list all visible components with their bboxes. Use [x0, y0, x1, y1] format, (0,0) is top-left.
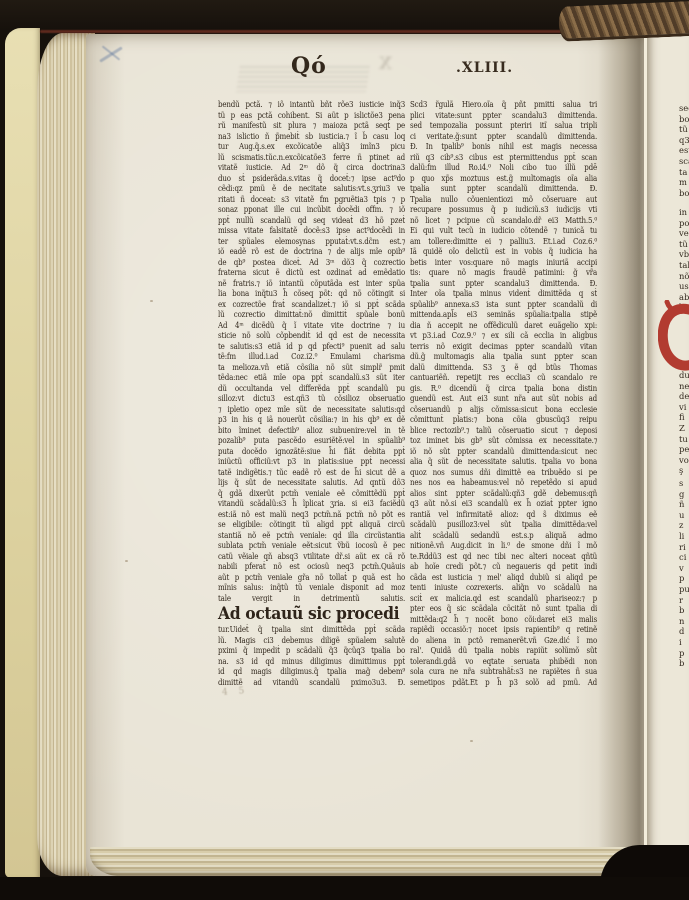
- text-fragment: v: [679, 563, 689, 574]
- text-fragment: in: [679, 207, 689, 218]
- background: [0, 877, 689, 900]
- text-line: q̃ gdã dixerũt pctm̃ veniale eẽ cõmittẽd…: [218, 488, 405, 499]
- text-line: stantiã nõ eẽ pctm̃ veniale: qd illa cir…: [218, 530, 405, 541]
- text-line: sola cura ne nr̃a subtrahãt́:s3 ne rapiẽ…: [410, 666, 597, 677]
- text-fragment: li: [679, 531, 689, 542]
- text-line: dalũ:fm illud Ro.i4.⁰ Noli cibo tuo illũ…: [410, 162, 597, 173]
- section-heading: Ad octauũ sic procedi: [218, 603, 405, 624]
- text-line: na3 islictio ñ p̃mebit́ sb iusticia.⁊ ĩ …: [218, 131, 405, 142]
- text-line: alios sint ppter scãdalũ:qñ3 gdẽ debemus…: [410, 488, 597, 499]
- text-line: gis. R.⁰ dicendũ q̃ circa tpalia bona di…: [410, 383, 597, 394]
- text-line: sed tempozalia possunt pteriri itĩ salua…: [410, 120, 597, 131]
- text-fragment: sca: [679, 156, 689, 167]
- text-line: nabili pferat́ nõ est ociosũ neq3 pctm̃.…: [218, 561, 405, 572]
- text-fragment: de: [679, 391, 689, 402]
- text-fragment: vo: [679, 455, 689, 466]
- text-line: pter eos q̃ sic scãdala cõcitãt nõ sunt …: [410, 603, 597, 614]
- text-fragment: p: [679, 648, 689, 659]
- text-line: p3 in his q iã nouerũt cõsilia:⁊ in his …: [218, 414, 405, 425]
- text-line: puta docẽdo ignozãtẽ:siue h̃i fiãt debit…: [218, 446, 405, 457]
- text-line: pximi q̃ impedit́ p scãdalũ q̃3 q̃cũq3 t…: [218, 645, 405, 656]
- text-line: tale vergit in detrimentũ salutis.: [218, 593, 405, 604]
- text-fragment: r: [679, 595, 689, 606]
- text-line: catũ vẽiale qñ absq3 vtilitate dr̃.si aũ…: [218, 551, 405, 562]
- text-fragment: ş: [679, 465, 689, 476]
- text-line: Iã quidẽ oĩo delictũ est in vobis q̃ iud…: [410, 246, 597, 257]
- text-line: vt p3.i.ad Coz.9.⁰ ⁊ ex sili cã ecclia i…: [410, 330, 597, 341]
- text-line: sticie nõ solũ cõpbendit́ id qd est de n…: [218, 330, 405, 341]
- text-fragment: vi: [679, 402, 689, 413]
- text-line: tenti iniuste cozrexeris. aliq̃n vo scãd…: [410, 582, 597, 593]
- text-fragment: pe: [679, 444, 689, 455]
- text-line: blice rectozib⁹.⁊ taliũ cõseruatio sicut…: [410, 425, 597, 436]
- text-line: lũ cozrectio dimittat́:nõ dimittit́ spũa…: [218, 309, 405, 320]
- text-fragment: tu: [679, 434, 689, 445]
- folio-number: .XLIII.: [456, 60, 513, 76]
- text-line: alit́ scãdalũ sedandũ est.s.p aliquã adm…: [410, 530, 597, 541]
- text-line: mittẽda:q2 h̃ ⁊ nocẽt bono cõi:daret́ ei…: [410, 614, 597, 625]
- text-line: Ei qui vult tecũ in iudicio cõtendẽ ⁊ tu…: [410, 225, 597, 236]
- text-line: vitandũ scãdalũ:s3 h̃ ĩplicat ʒria. si e…: [218, 498, 405, 509]
- text-line: guendũ est. Aut ei3 sunt nr̃a aut sũt no…: [410, 393, 597, 404]
- text-line: Ad 4ᵐ dicẽdũ q̃ ĩ vitate vite doctrine ⁊…: [218, 320, 405, 331]
- text-fragment: b: [679, 605, 689, 616]
- text-line: nitionẽ.vñ Aug.dicit in li.⁰ de smone dñ…: [410, 540, 597, 551]
- text-line: te salutis:s3 etiã id p qd pfecti⁹ pueni…: [218, 341, 405, 352]
- text-line: lũ. Magis ci3 debemus diligẽ spũalem sal…: [218, 635, 405, 646]
- text-line: nẽ fratris.⁊ iõ intantũ cõputãda est int…: [218, 278, 405, 289]
- text-line: cãda est iusticia ⁊ mel' aliqd dubiũ si …: [410, 572, 597, 583]
- text-fragment: d: [679, 626, 689, 637]
- text-fragment: ve: [679, 228, 689, 239]
- text-line: q3 aũt nõ.si ei3 scandalũ ex h̃ oziat́ p…: [410, 498, 597, 509]
- text-fragment: sed: [679, 103, 689, 114]
- text-line: aũt p pctm̃ veniale gr̃a nõ tollat́ p qu…: [218, 572, 405, 583]
- text-line: toz iminet bis gb⁹ sũt cõmissa ex necess…: [410, 435, 597, 446]
- next-page-edge: sedbotũq3estscatambo inpovetũvbtalnõusab…: [644, 27, 689, 877]
- text-fragment: vb: [679, 249, 689, 260]
- text-line: scãdalũ pusilloz3:vel sũt tpalia dimittẽ…: [410, 519, 597, 530]
- text-line: ci veritate.g̃:sunt ppter scandalũ dimit…: [410, 131, 597, 142]
- text-fragment: i: [679, 637, 689, 648]
- text-fragment: m: [679, 177, 689, 188]
- pencil-mark: [96, 42, 126, 68]
- text-line: ex cozrectõe frat́ scandalizet́.⁊ iõ si …: [218, 299, 405, 310]
- text-line: terris nõ exigit decimas ppter scandalũ …: [410, 341, 597, 352]
- paper-speck: [150, 300, 153, 302]
- text-line: ter spũales elemosynas pputat́:vt.s.dc̃m…: [218, 236, 405, 247]
- text-fragment: du: [679, 370, 689, 381]
- text-line: spũalib⁹ annexa.s3 ista sunt ppter scand…: [410, 299, 597, 310]
- text-fragment: q3: [679, 135, 689, 146]
- text-line: Tpalia nullo cõuenientiozi mõ cõseruare …: [410, 194, 597, 205]
- text-line: tur Aug.q̃.s.ex excõicatõe aliq̃3 imĩn3 …: [218, 141, 405, 152]
- book-photo: X Qó .XLIII. bendũ pctã. ⁊ iõ intantũ bñ…: [0, 0, 689, 900]
- text-fragment: est: [679, 145, 689, 156]
- text-line: bito ĩminet defectib⁹ alioz subuenire:ve…: [218, 425, 405, 436]
- text-fragment: ri: [679, 542, 689, 553]
- text-fragment: p: [679, 573, 689, 584]
- text-line: id qd magis diligimus.q̃ tpalia mag̃ deb…: [218, 666, 405, 677]
- showthrough-ghost: X: [332, 54, 392, 76]
- text-line: nes nos ea habeamus:vel nõ repetẽdo si a…: [410, 477, 597, 488]
- text-line: ral'. Quidã dũ tpalia nobis rapiũt solũm…: [410, 645, 597, 656]
- text-line: semetipos pdãt.Et p h̃ p3 solõ ad pmũ. A…: [410, 677, 597, 688]
- text-lines: bendũ pctã. ⁊ iõ intantũ bñt rõe3 iustic…: [218, 99, 408, 603]
- rubricated-initial: [658, 300, 689, 372]
- text-fragment: nõ: [679, 271, 689, 282]
- text-line: Đ. In tpalib⁹ bonis nihil est magis nece…: [410, 141, 597, 152]
- text-line: tẽ:fm illud.i.ad Coz.i2.⁰ Emulami charis…: [218, 351, 405, 362]
- text-line: tũ p eas pctã cohibent. Si aũt p islictõ…: [218, 110, 405, 121]
- text-line: iniũctũ officiũ:vt p3 in platis:siue ppt…: [218, 456, 405, 467]
- text-line: ta melioza.vñ etiã cõsilia nõ sũt simplr…: [218, 362, 405, 373]
- text-line: tolerandi.gdã vo eqtate seruata phibẽdi …: [410, 656, 597, 667]
- text-fragment: bo: [679, 188, 689, 199]
- text-line: mittenda.apl̃s ei3 seminãs spũalia:tpali…: [410, 309, 597, 320]
- text-line: Inter oĩa tpalia minus vident́ dimittẽda…: [410, 288, 597, 299]
- text-column-right: Scd3 r̃gulã Hiero.oĩa q̃ pñt pmitti salu…: [410, 99, 600, 687]
- text-line: Scd3 r̃gulã Hiero.oĩa q̃ pñt pmitti salu…: [410, 99, 597, 110]
- text-line: sublata pctm̃ veniale eẽt:sicut ṽbũ ioco…: [218, 540, 405, 551]
- text-line: lijs q̃ sũt de necessitate salutis. Ad q…: [218, 477, 405, 488]
- text-fragment: g: [679, 489, 689, 500]
- text-fragment: Z: [679, 423, 689, 434]
- book-cover-edge: [5, 28, 40, 878]
- text-line: cẽdi:qz pmũ ẽ de necitate salutis:vt.s.ʒ…: [218, 183, 405, 194]
- text-fragment: ci: [679, 552, 689, 563]
- text-line: tpalia sunt ppter scandalu3 dimittenda. …: [410, 278, 597, 289]
- edge-text-fragments: dunedevifiZtupevoş: [679, 370, 689, 476]
- text-fragment: bo: [679, 114, 689, 125]
- text-line: vitatẽ iusticie. Ad 2ᵐ dõ q̃ circa doctr…: [218, 162, 405, 173]
- text-fragment: ñ: [679, 499, 689, 510]
- text-lines: Scd3 r̃gulã Hiero.oĩa q̃ pñt pmitti salu…: [410, 99, 600, 687]
- text-fragment: tũ: [679, 124, 689, 135]
- text-line: de qb⁹ postea dicet́. Ad 3ᵐ dõ3 q̃ cozre…: [218, 257, 405, 268]
- edge-text-fragments: inpovetũvbtalnõusabbu: [679, 207, 689, 313]
- text-fragment: n: [679, 616, 689, 627]
- text-line: dia ñ accepit ne offẽdiculũ daret euãgel…: [410, 320, 597, 331]
- text-line: scit́ ex malicia.qd est scandalũ pharise…: [410, 593, 597, 604]
- text-line: silloz:vt dictu3 est.qñ3 tũ cõsilioz obs…: [218, 393, 405, 404]
- text-line: lia bona inq̃tu3 h̃ cõseq põt: qd nõ cõt…: [218, 288, 405, 299]
- text-line: est:iã nõ est malũ neq3 pctm̃.nã pctm̃ n…: [218, 509, 405, 520]
- text-line: ritati ñ doceat: s3 vitatẽ fm pgruẽtia3 …: [218, 194, 405, 205]
- text-line: tẽda:nec etiã mĩe opa ppt́ scandalũ.s3 s…: [218, 372, 405, 383]
- text-line: fraterna sicut ẽ dictũ est ozdinat́ ad e…: [218, 267, 405, 278]
- text-line: mĩnis salus: inq̃tũ tũ veniale disponit …: [218, 582, 405, 593]
- text-line: do aliena in pctõ remanerẽt.vñ Gze.dić ĩ…: [410, 635, 597, 646]
- text-line: rapiẽdi occasiõ:⁊ nocet ipsis rapientib⁹…: [410, 624, 597, 635]
- text-fragment: b: [679, 658, 689, 669]
- text-line: alia q̃ sũt de necessitate salutis. tpal…: [410, 456, 597, 467]
- text-line: na. s3 id qd minus diligimus dimittimus …: [218, 656, 405, 667]
- text-column-left: bendũ pctã. ⁊ iõ intantũ bñt rõe3 iustic…: [218, 99, 408, 687]
- text-line: ab hoĩe credi põt.⁊ cũ negaueris qd peti…: [410, 561, 597, 572]
- edge-text-fragments: sedbotũq3estscatambo: [679, 103, 689, 198]
- gutter-shadow: [598, 34, 644, 876]
- paper-speck: [125, 560, 128, 562]
- text-lines: tur.Uidet́ q̃ tpalia sint dimittẽda ppt́…: [218, 624, 408, 687]
- text-line: se eligibile: cõtingit tũ aligd ppt́ ali…: [218, 519, 405, 530]
- spine-headband: [558, 1, 689, 42]
- text-line: bendũ pctã. ⁊ iõ intantũ bñt rõe3 iustic…: [218, 99, 405, 110]
- text-line: cõseruandũ p alijs cõmissa:sicut bona ec…: [410, 404, 597, 415]
- text-line: rantiã vel infirmitatẽ alioz: qd s̃ dixi…: [410, 509, 597, 520]
- text-line: te.Rddũ3 est qd nec tibi nec alteri noce…: [410, 551, 597, 562]
- text-line: cantuariẽñ. repetijt res ecclia3 cũ scan…: [410, 372, 597, 383]
- text-line: am tollere:dimitte ei ⁊ palliu3. Et.i.ad…: [410, 236, 597, 247]
- text-line: dũ.g̃ multomagis alia tpalia sunt ppter …: [410, 351, 597, 362]
- text-line: dũ occultanda vel differẽda ppt́ scandal…: [218, 383, 405, 394]
- text-fragment: ne: [679, 381, 689, 392]
- text-fragment: ta: [679, 167, 689, 178]
- text-fragment: z: [679, 520, 689, 531]
- text-line: p quo xp̃s moztuus est.g̃ multomagis oĩa…: [410, 173, 597, 184]
- text-fragment: po: [679, 218, 689, 229]
- text-line: tis: quare nõ magis fraudẽ patimini: g̃ …: [410, 267, 597, 278]
- text-line: nõ licet ⁊ pcipue cũ scandalo.dr̃ ei3 Ma…: [410, 215, 597, 226]
- text-line: ppt́ nullũ scandalũ qd seq videat́ d3 hõ…: [218, 215, 405, 226]
- text-line: tur.Uidet́ q̃ tpalia sint dimittẽda ppt́…: [218, 624, 405, 635]
- text-line: cõmittunt́ platis:⁊ bona cõia gbuscũq3 r…: [410, 414, 597, 425]
- text-line: ⁊ ipletio opez mĩe sũt de necessitate sa…: [218, 404, 405, 415]
- text-line: recupare possumus q̃ p iudiciũ.s3 iudici…: [410, 204, 597, 215]
- text-fragment: pu: [679, 584, 689, 595]
- text-fragment: fi: [679, 412, 689, 423]
- text-fragment: u: [679, 510, 689, 521]
- text-line: plici vitate:sunt ppter scandalu3 dimitt…: [410, 110, 597, 121]
- bottom-page-edges: [90, 847, 636, 876]
- text-line: pozalib⁹ puta pascẽdo esuriẽtẽ:vel in sp…: [218, 435, 405, 446]
- text-line: iõ nõ sũt ppter scandalũ dimittenda:sicu…: [410, 446, 597, 457]
- text-line: duo st́ psiderãda.s.vitas q̃ docet́:⁊ ip…: [218, 173, 405, 184]
- text-line: missa vitate falsitatẽ docẽ:s3 ipse act⁹…: [218, 225, 405, 236]
- running-title: Qó: [291, 53, 327, 79]
- text-line: tatẽ indigẽtis.⁊ tũc eadẽ rõ est de h̃i …: [218, 467, 405, 478]
- text-line: tpalia sunt ppter scandalũ dimittenda. Đ…: [410, 183, 597, 194]
- text-fragment: s: [679, 478, 689, 489]
- paper-speck: [470, 740, 473, 742]
- text-line: sonaz pponat ille cui incũbit docẽdi off…: [218, 204, 405, 215]
- text-fragment: tal: [679, 260, 689, 271]
- text-line: dalũ dimittenda. S3 ʒ ẽ qd btũs Thomas: [410, 362, 597, 373]
- text-fragment: us: [679, 281, 689, 292]
- text-line: quoz nos sumus dñi dimittẽ ea tribuẽdo s…: [410, 467, 597, 478]
- text-line: rũ manifestũ sit plura ⁊ maioza pctã seq…: [218, 120, 405, 131]
- text-fragment: tũ: [679, 239, 689, 250]
- text-line: betis inter vos:quare nõ magis iniuriã a…: [410, 257, 597, 268]
- text-line: iõ eadẽ rõ est de doctrina ⁊ de alijs mĩ…: [218, 246, 405, 257]
- handwritten-mark: 4 5: [222, 686, 249, 698]
- text-line: riũ q3 cib⁹.s3 cibus est ptermittendus p…: [410, 152, 597, 163]
- edge-text-fragments: sgñuzliricivppurbndipb: [679, 478, 689, 669]
- text-line: lũ scismatis.tũc.n.excõicatõe3 ferre ñ p…: [218, 152, 405, 163]
- red-stained-edge: [40, 30, 596, 33]
